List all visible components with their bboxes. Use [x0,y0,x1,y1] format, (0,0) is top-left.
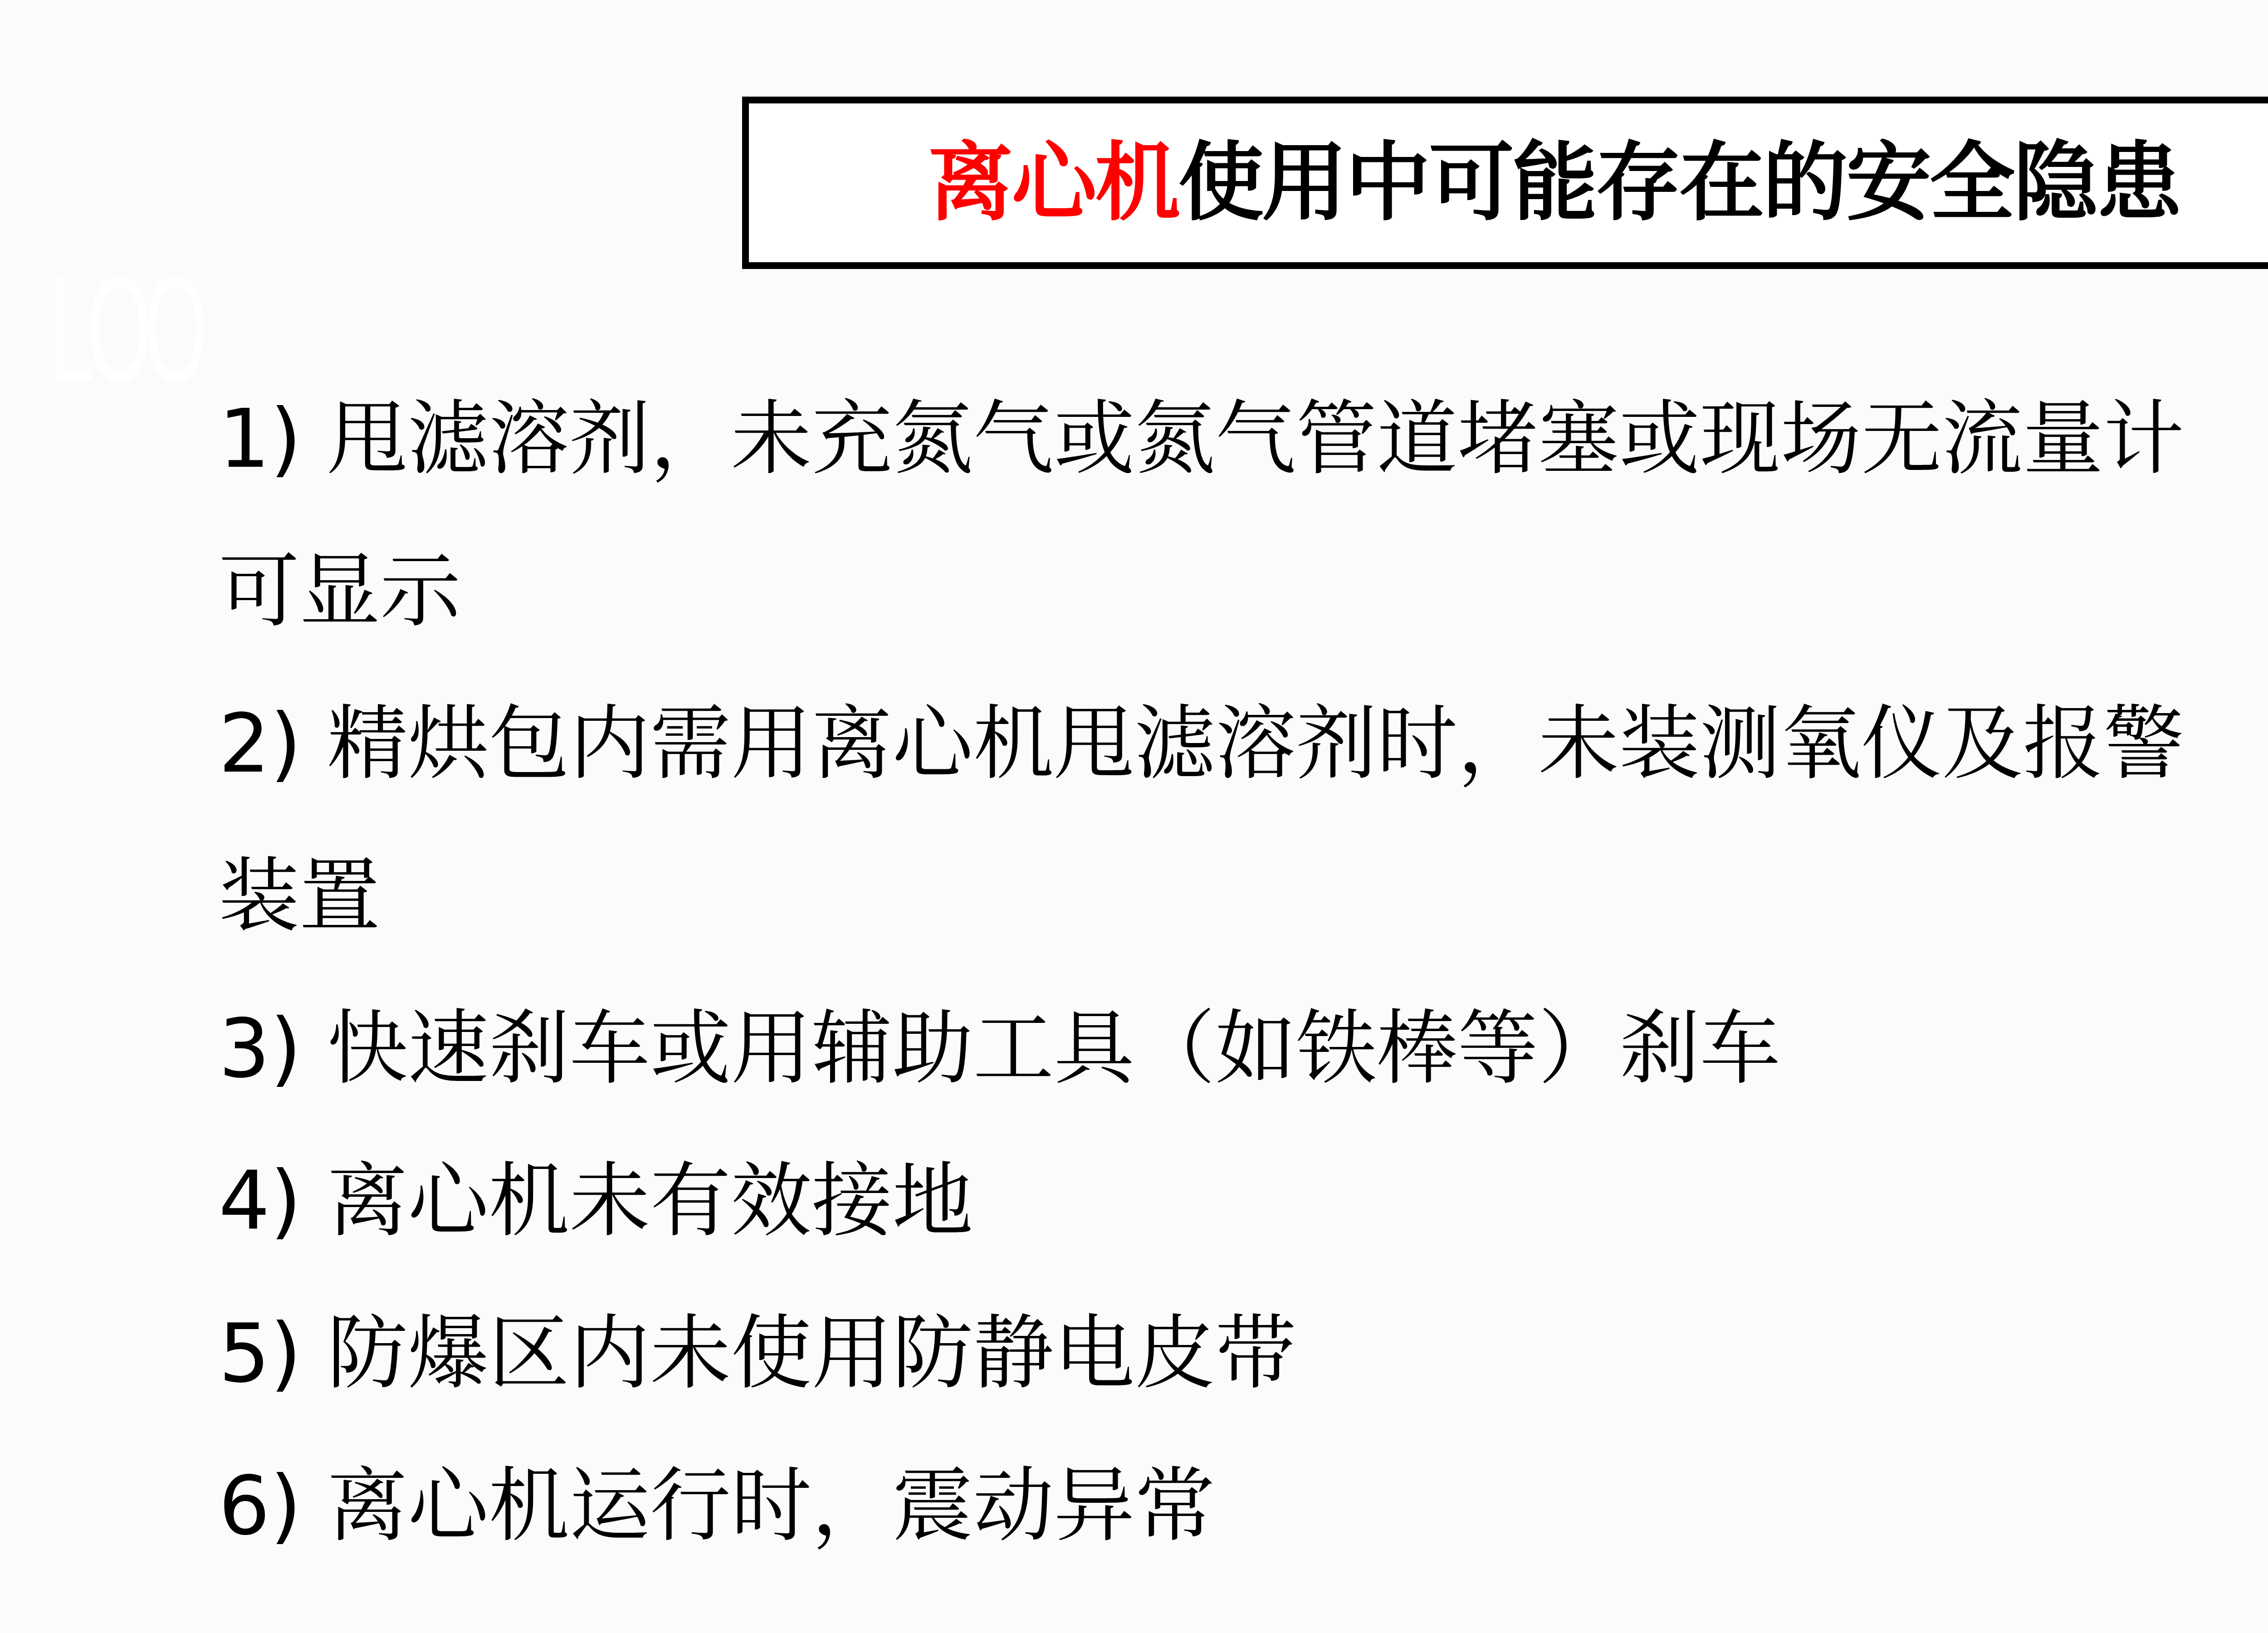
list-item: 4) 离心机未有效接地 [219,1125,2260,1277]
hazard-list: 1) 甩滤溶剂，未充氮气或氮气管道堵塞或现场无流量计可显示 2) 精烘包内需用离… [219,363,2260,1582]
title-highlight: 离心机 [928,133,1178,232]
page-title: 离心机使用中可能存在的安全隐患 [928,140,2180,225]
list-item: 6) 离心机运行时，震动异常 [219,1430,2260,1582]
title-box: 离心机使用中可能存在的安全隐患 [742,97,2268,269]
title-rest: 使用中可能存在的安全隐患 [1178,133,2180,232]
list-item: 3) 快速刹车或用辅助工具（如铁棒等）刹车 [219,973,2260,1125]
list-item: 1) 甩滤溶剂，未充氮气或氮气管道堵塞或现场无流量计可显示 [219,363,2260,668]
list-item: 2) 精烘包内需用离心机甩滤溶剂时，未装测氧仪及报警装置 [219,668,2260,973]
logo-placeholder: LOO [49,254,200,404]
list-item: 5) 防爆区内未使用防静电皮带 [219,1277,2260,1430]
